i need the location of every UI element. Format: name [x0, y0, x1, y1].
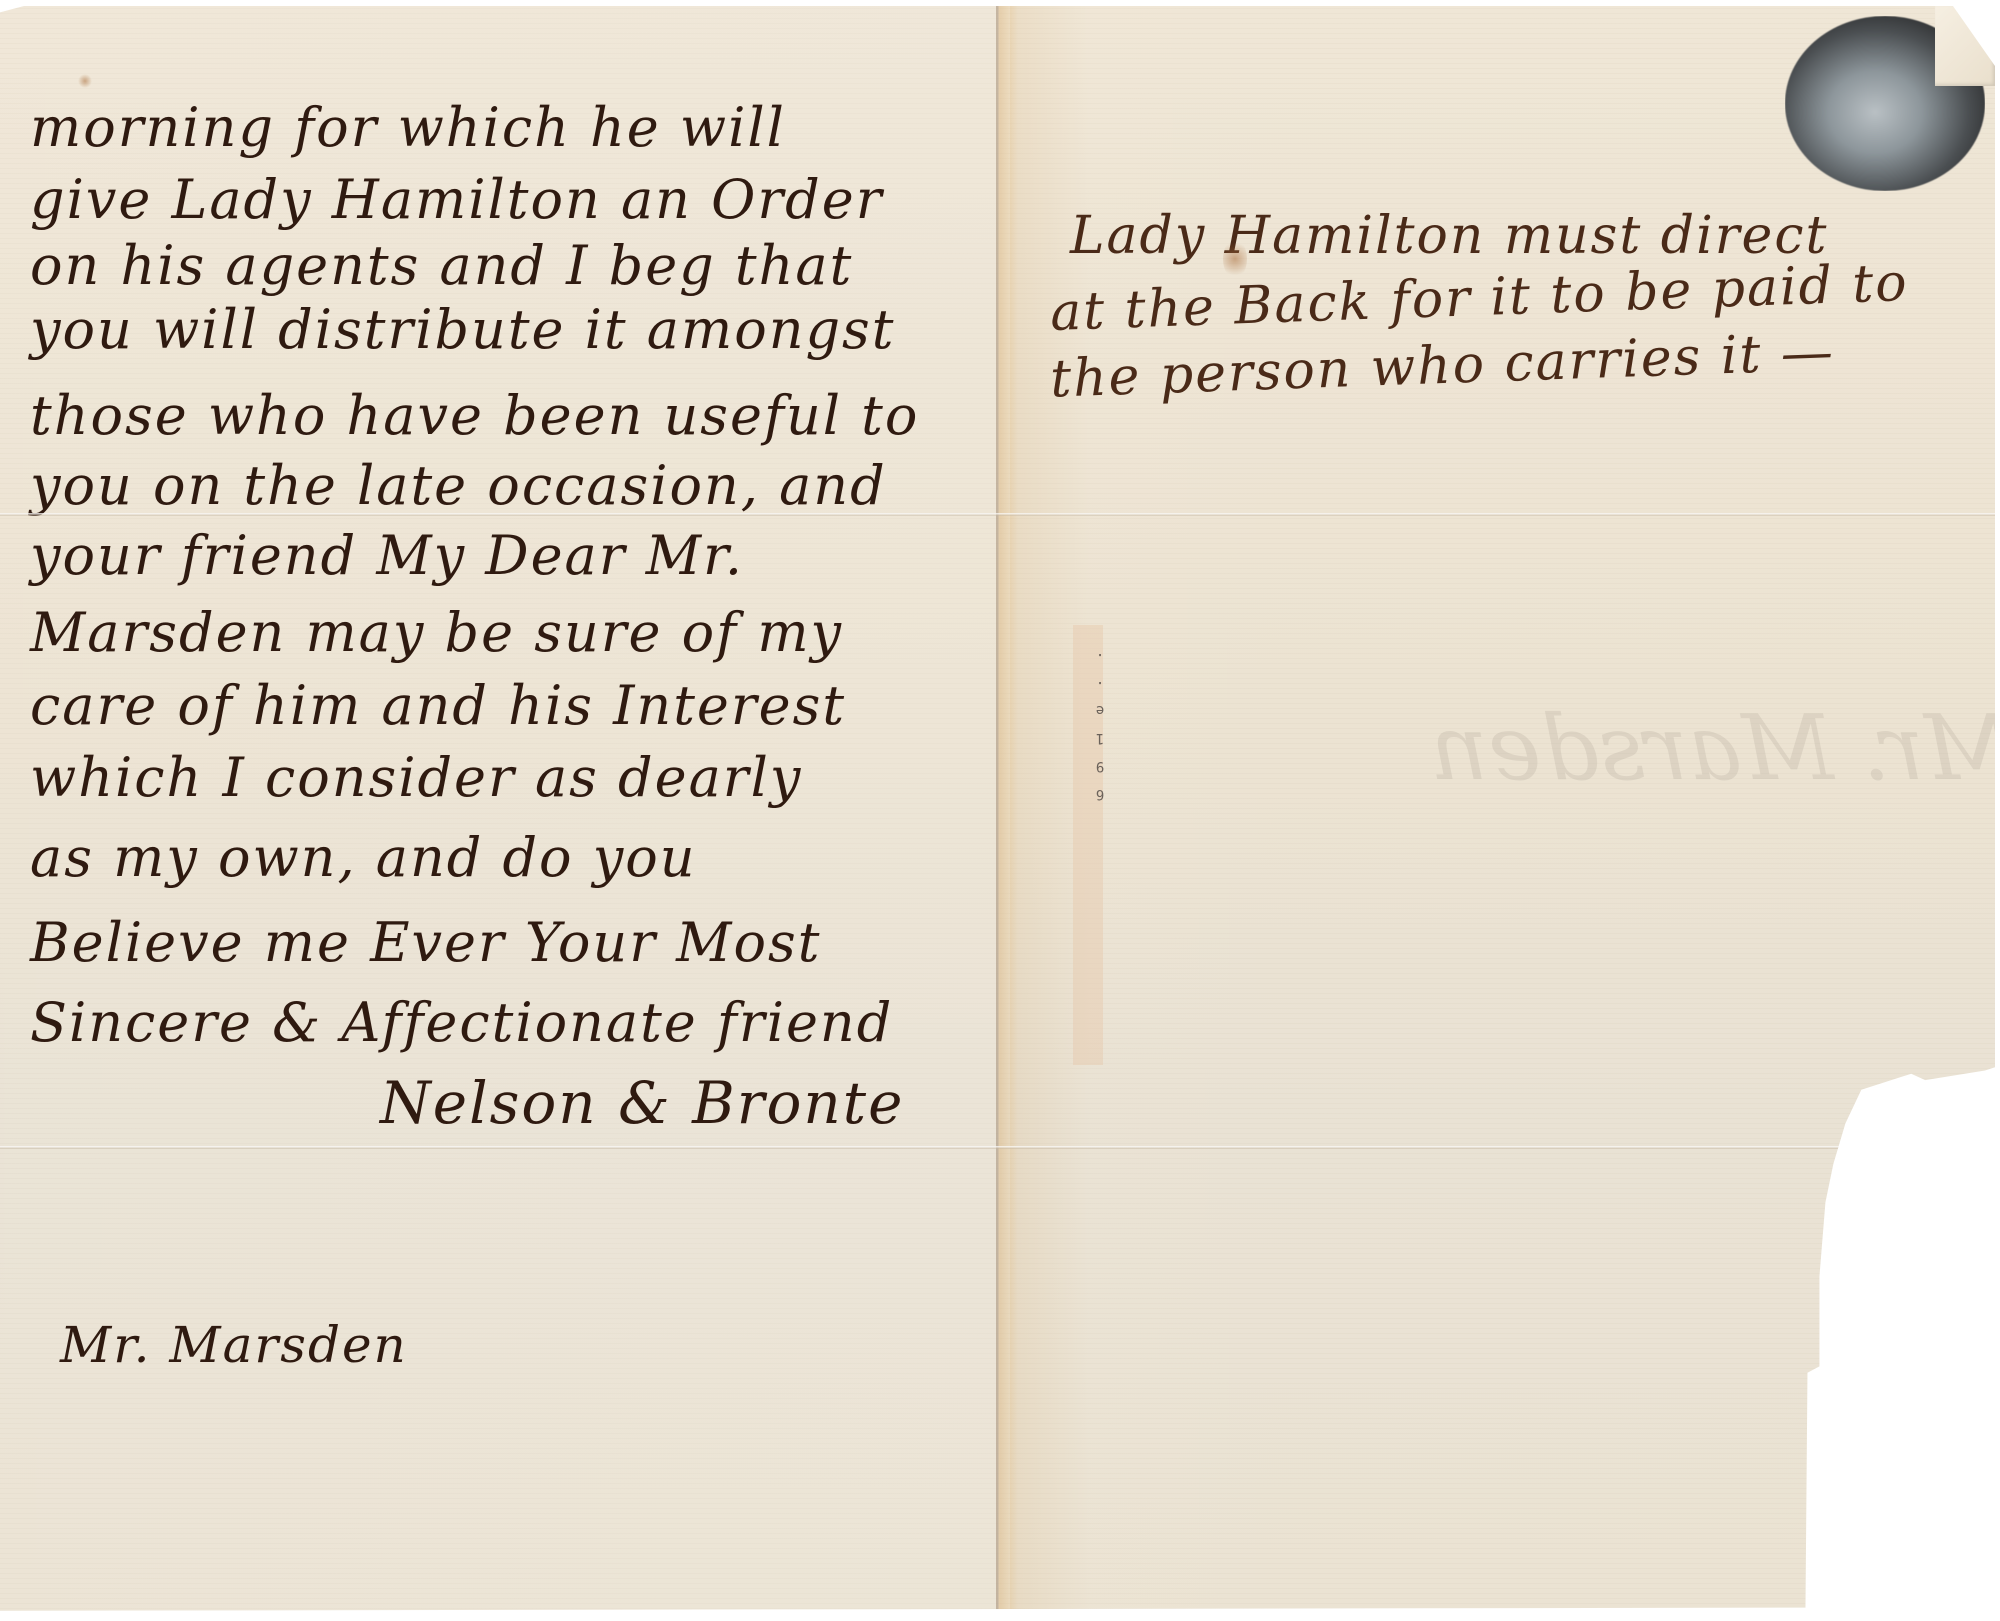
letter-line: as my own, and do you [30, 826, 697, 889]
label-char: 6 [1090, 780, 1110, 808]
letter-line: you will distribute it amongst [30, 298, 895, 361]
postscript-line: Lady Hamilton must direct [1070, 206, 1828, 266]
signature: Nelson & Bronte [380, 1069, 904, 1137]
letter-line: Marsden may be sure of my [30, 601, 843, 664]
addressee: Mr. Marsden [60, 1316, 408, 1374]
right-page: Lady Hamilton must direct at the Back fo… [1010, 6, 1995, 1614]
show-through-address: Mr. Marsden [1430, 696, 2000, 801]
letter-line: you on the late occasion, and [30, 454, 887, 517]
letter-line: your friend My Dear Mr. [30, 524, 744, 587]
archival-label-number: 6 9 1 e · · [1090, 640, 1110, 808]
center-fold [996, 6, 1018, 1614]
letter-line: morning for which he will [30, 96, 786, 159]
letter-line: care of him and his Interest [30, 674, 846, 737]
letter-line: give Lady Hamilton an Order [30, 168, 884, 231]
ink-stain [1223, 239, 1247, 279]
ink-stain [78, 74, 92, 88]
label-char: · [1090, 640, 1110, 668]
left-page: morning for which he will give Lady Hami… [0, 6, 1000, 1614]
horizontal-fold [0, 1146, 1995, 1149]
letter-line: Sincere & Affectionate friend [30, 991, 893, 1054]
label-char: · [1090, 668, 1110, 696]
letter-line: which I consider as dearly [30, 746, 802, 809]
letter-line: Believe me Ever Your Most [30, 911, 821, 974]
letter-sheet: morning for which he will give Lady Hami… [0, 6, 1995, 1614]
label-char: 9 [1090, 752, 1110, 780]
label-char: e [1090, 696, 1110, 724]
horizontal-fold [0, 513, 1995, 516]
folded-corner [1935, 6, 1995, 86]
letter-line: those who have been useful to [30, 384, 919, 447]
label-char: 1 [1090, 724, 1110, 752]
letter-line: on his agents and I beg that [30, 234, 853, 297]
